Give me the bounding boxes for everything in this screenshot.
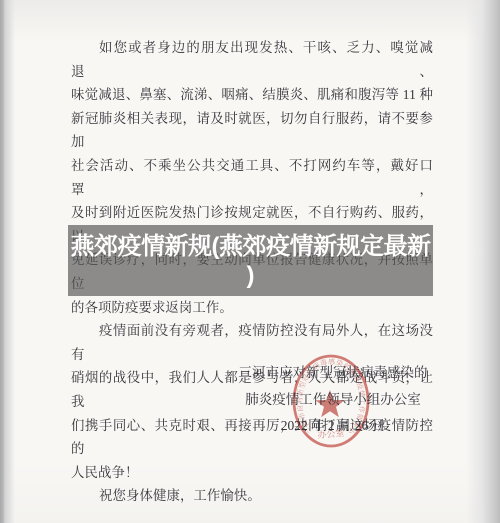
signature-date: 2022 年 2 月 26 日	[233, 413, 433, 440]
doc-line: 人民战争！	[71, 461, 433, 485]
doc-line: 社会活动、不乘坐公共交通工具、不打网约车等，戴好口罩，	[71, 154, 433, 201]
doc-line: 味觉减退、鼻塞、流涕、咽痛、结膜炎、肌痛和腹泻等 11 种	[71, 83, 433, 107]
document-photo: 如您或者身边的朋友出现发热、干咳、乏力、嗅觉减退、 味觉减退、鼻塞、流涕、咽痛、…	[0, 0, 500, 523]
doc-line: 如您或者身边的朋友出现发热、干咳、乏力、嗅觉减退、	[71, 36, 433, 83]
doc-line: 祝您身体健康，工作愉快。	[71, 484, 433, 508]
doc-line: 的各项防疫要求返岗工作。	[71, 296, 433, 320]
doc-line: 新冠肺炎相关表现，请及时就医，切勿自行服药，请不要参加	[71, 107, 433, 154]
signature-org-line2: 肺炎疫情工作领导小组办公室	[233, 387, 433, 414]
headline-line2: )	[247, 261, 255, 290]
headline-line1: 燕郊疫情新规(燕郊疫情新规定最新	[71, 232, 431, 261]
headline-overlay-banner: 燕郊疫情新规(燕郊疫情新规定最新 )	[68, 225, 433, 296]
signature-block: 三河市应对新型冠状病毒感染的 肺炎疫情工作领导小组办公室 2022 年 2 月 …	[233, 360, 433, 440]
signature-org-line1: 三河市应对新型冠状病毒感染的	[233, 360, 433, 387]
